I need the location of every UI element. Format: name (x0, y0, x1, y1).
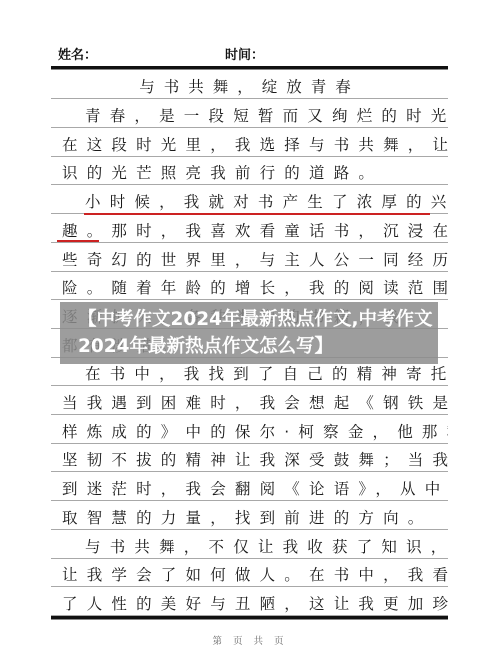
name-label: 姓名： (58, 44, 97, 63)
essay-line: 取智慧的力量，找到前进的方向。 (51, 506, 448, 530)
essay-line: 让我学会了如何做人。在书中，我看到 (51, 563, 448, 587)
essay-line: 些奇幻的世界里，与主人公一同经历冒 (51, 248, 448, 272)
overlay-banner: 【中考作文2024年最新热点作文,中考作文2024年最新热点作文怎么写】 (60, 302, 438, 364)
ruled-line (51, 586, 448, 587)
ruled-line (51, 385, 448, 386)
page-number-footer: 第 页 共 页 (0, 633, 500, 647)
essay-line: 当我遇到困难时，我会想起《钢铁是怎 (51, 391, 448, 415)
header-rule (51, 66, 448, 69)
bottom-rule (51, 616, 448, 619)
ruled-line (51, 529, 448, 530)
essay-line: 样炼成的》中的保尔·柯察金，他那种 (51, 420, 448, 444)
ruled-line (51, 414, 448, 415)
essay-line: 青春，是一段短暂而又绚烂的时光。 (51, 104, 448, 128)
worksheet-header: 姓名： 时间： (58, 44, 448, 60)
essay-line: 在书中，我找到了自己的精神寄托。 (51, 362, 448, 386)
ruled-line (51, 443, 448, 444)
essay-line: 与书共舞，不仅让我收获了知识，更 (51, 535, 448, 559)
essay-line: 小时候，我就对书产生了浓厚的兴 (51, 190, 448, 214)
essay-line: 到迷茫时，我会翻阅《论语》，从中汲 (51, 477, 448, 501)
essay-line: 了人性的美好与丑陋，这让我更加珍惜 (51, 592, 448, 616)
ruled-line (51, 471, 448, 472)
red-underline-mark (84, 213, 430, 215)
ruled-line (51, 500, 448, 501)
ruled-line (51, 127, 448, 128)
ruled-line (51, 558, 448, 559)
ruled-line (51, 271, 448, 272)
ruled-line (51, 184, 448, 185)
essay-line: 坚韧不拔的精神让我深受鼓舞；当我感 (51, 448, 448, 472)
essay-line: 识的光芒照亮我前行的道路。 (51, 161, 448, 185)
ruled-line (51, 156, 448, 157)
time-label: 时间： (225, 44, 264, 63)
essay-line: 趣。那时，我喜欢看童话书，沉浸在那 (51, 219, 448, 243)
essay-line: 在这段时光里，我选择与书共舞，让知 (51, 133, 448, 157)
ruled-line (51, 98, 448, 99)
ruled-line (51, 242, 448, 243)
ruled-line (51, 299, 448, 300)
red-underline-mark-continuation (57, 240, 99, 242)
essay-title: 与书共舞，绽放青春 (51, 75, 448, 97)
banner-title: 【中考作文2024年最新热点作文,中考作文2024年最新热点作文怎么写】 (78, 306, 438, 360)
essay-line: 险。随着年龄的增长，我的阅读范围也 (51, 276, 448, 300)
